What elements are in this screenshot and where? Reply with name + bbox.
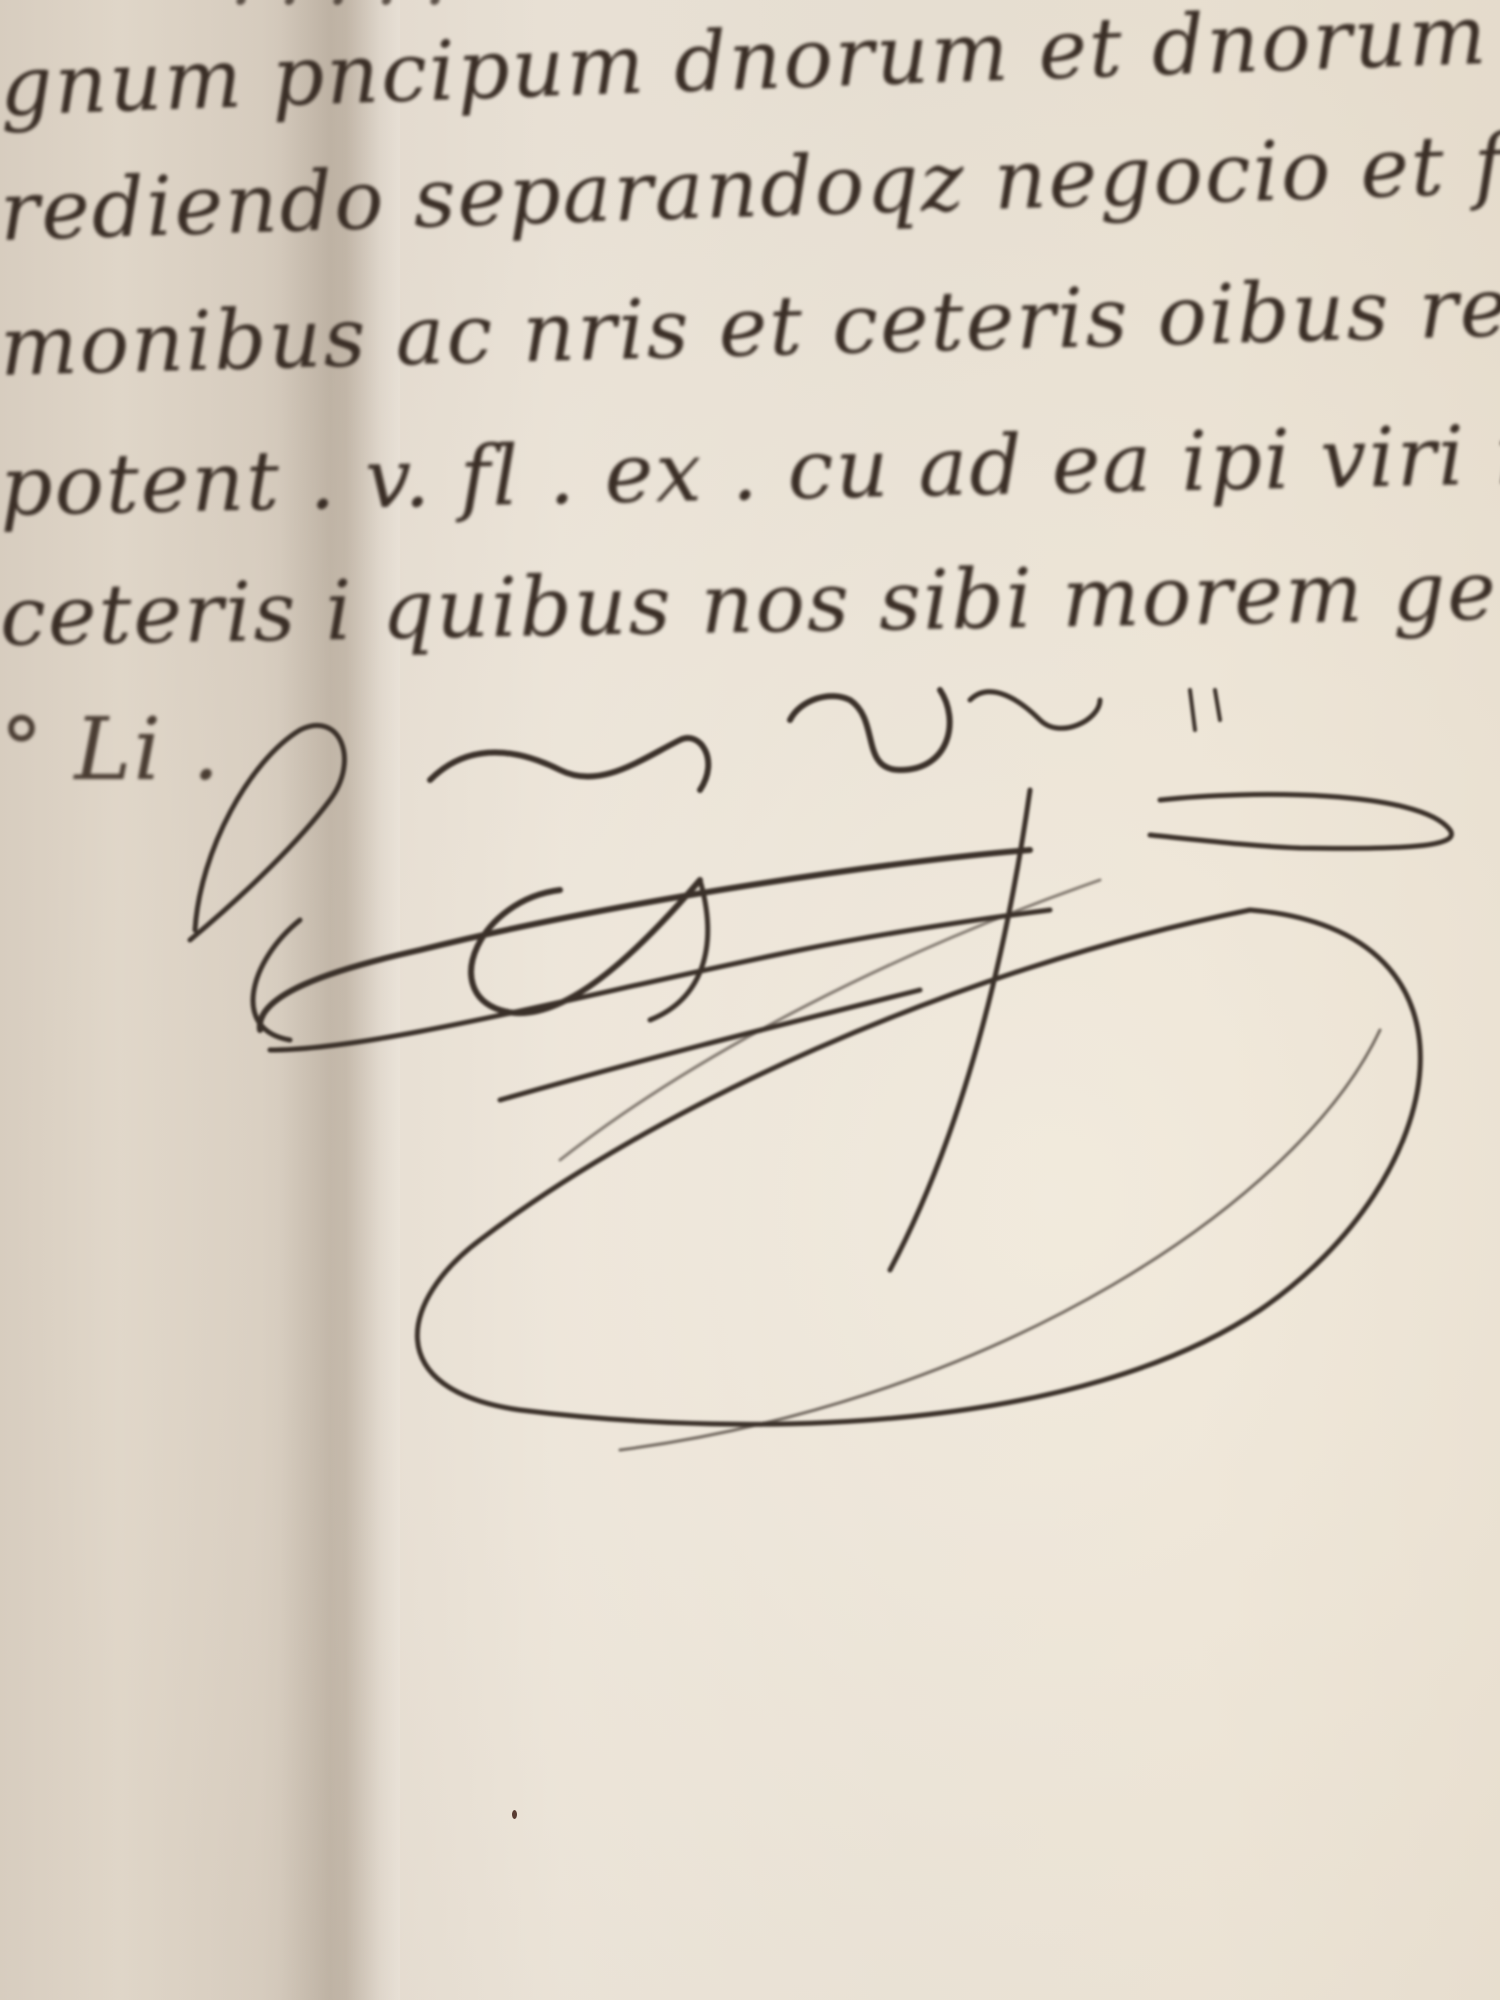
- ink-speck: [512, 1810, 517, 1819]
- signature-flourish-icon: [0, 0, 1500, 2000]
